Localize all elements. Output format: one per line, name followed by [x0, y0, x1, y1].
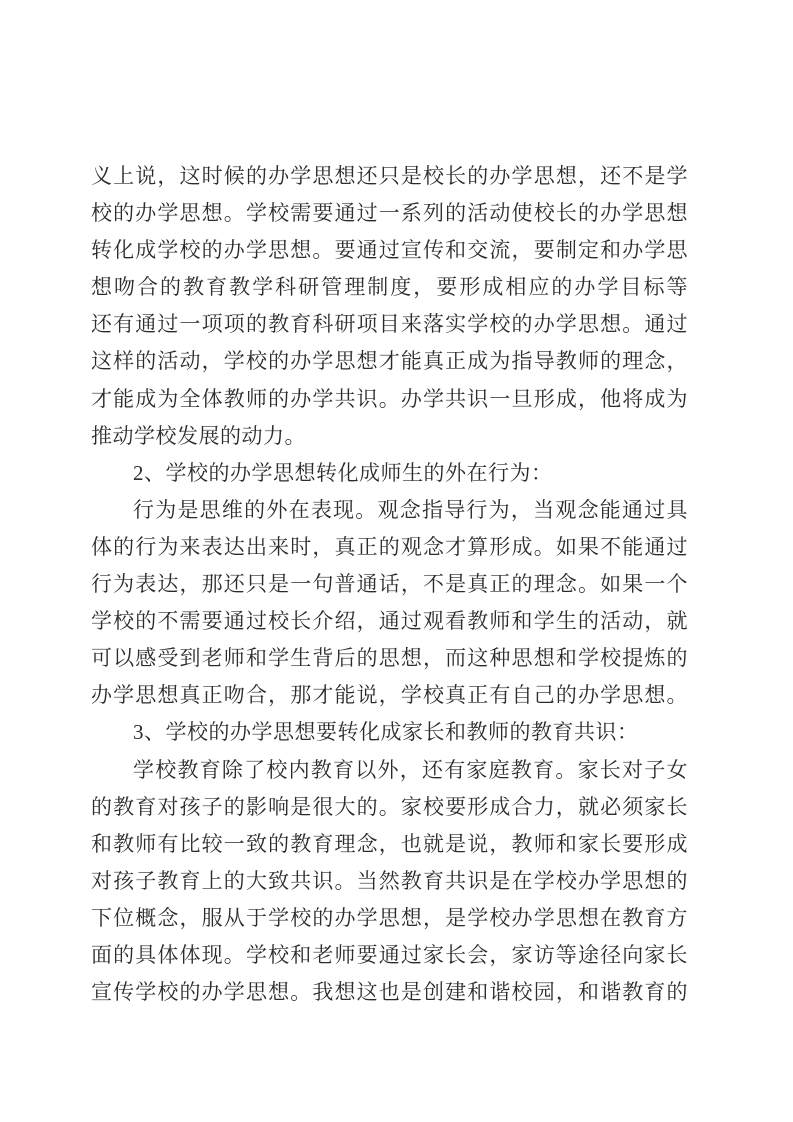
text-block: 义上说，这时候的办学思想还只是校长的办学思想，还不是学校的办学思想。学校需要通过…: [91, 158, 688, 1011]
text-line: 宣传学校的办学思想。我想这也是创建和谐校园，和谐教育的: [91, 974, 688, 1011]
text-line: 2、学校的办学思想转化成师生的外在行为：: [91, 455, 688, 492]
text-line: 转化成学校的办学思想。要通过宣传和交流，要制定和办学思: [91, 232, 688, 269]
text-line: 学校的不需要通过校长介绍，通过观看教师和学生的活动，就: [91, 603, 688, 640]
text-line: 行为是思维的外在表现。观念指导行为，当观念能通过具: [91, 492, 688, 529]
text-line: 面的具体体现。学校和老师要通过家长会，家访等途径向家长: [91, 937, 688, 974]
text-line: 才能成为全体教师的办学共识。办学共识一旦形成，他将成为: [91, 381, 688, 418]
text-line: 和教师有比较一致的教育理念，也就是说，教师和家长要形成: [91, 826, 688, 863]
text-line: 行为表达，那还只是一句普通话，不是真正的理念。如果一个: [91, 566, 688, 603]
text-line: 这样的活动，学校的办学思想才能真正成为指导教师的理念，: [91, 343, 688, 380]
text-line: 学校教育除了校内教育以外，还有家庭教育。家长对子女: [91, 752, 688, 789]
text-line: 体的行为来表达出来时，真正的观念才算形成。如果不能通过: [91, 529, 688, 566]
text-line: 办学思想真正吻合，那才能说，学校真正有自己的办学思想。: [91, 677, 688, 714]
text-line: 的教育对孩子的影响是很大的。家校要形成合力，就必须家长: [91, 789, 688, 826]
text-line: 还有通过一项项的教育科研项目来落实学校的办学思想。通过: [91, 306, 688, 343]
text-line: 想吻合的教育教学科研管理制度，要形成相应的办学目标等等，: [91, 269, 688, 306]
text-line: 校的办学思想。学校需要通过一系列的活动使校长的办学思想: [91, 195, 688, 232]
text-line: 推动学校发展的动力。: [91, 418, 688, 455]
document-page: 义上说，这时候的办学思想还只是校长的办学思想，还不是学校的办学思想。学校需要通过…: [0, 0, 793, 1122]
text-line: 下位概念，服从于学校的办学思想，是学校办学思想在教育方: [91, 900, 688, 937]
text-line: 义上说，这时候的办学思想还只是校长的办学思想，还不是学: [91, 158, 688, 195]
text-line: 可以感受到老师和学生背后的思想，而这种思想和学校提炼的: [91, 640, 688, 677]
text-line: 3、学校的办学思想要转化成家长和教师的教育共识：: [91, 714, 688, 751]
text-line: 对孩子教育上的大致共识。当然教育共识是在学校办学思想的: [91, 863, 688, 900]
